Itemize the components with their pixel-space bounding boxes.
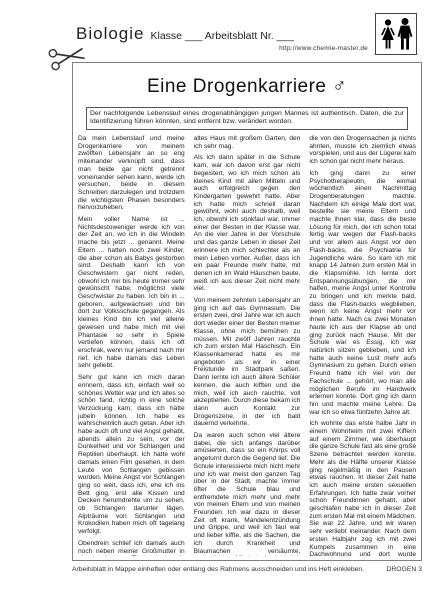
paragraph: Sehr gut kann ich mich daran erinnern, d… (78, 374, 185, 536)
gender-pictogram-box (375, 13, 417, 55)
page-title: Eine Drogenkarriere ♂ (72, 76, 422, 98)
paragraph: Als ich dann später in die Schule kam, w… (194, 154, 301, 293)
paragraph: Da mein Lebenslauf und meine Drogenkarri… (78, 135, 185, 212)
worksheet-page: BiologieKlasse ___ Arbeitsblatt Nr. ___ … (0, 0, 430, 612)
class-and-sheet-blanks: Klasse ___ Arbeitsblatt Nr. ___ (151, 30, 295, 42)
paragraph: Mein voller Name ist ... Nichtsdestoweni… (78, 216, 185, 370)
footer-instruction: Arbeitsblatt in Mappe einheften oder ent… (72, 566, 364, 573)
body-text-columns: Da mein Lebenslauf und meine Drogenkarri… (78, 135, 416, 556)
text-column-2: altes Haus mit großem Garten, den ich se… (194, 135, 301, 556)
intro-box: Der nachfolgende Lebenslauf eines drogen… (86, 107, 408, 130)
paragraph: die von den Drogensachen ja nichts ahnte… (309, 135, 416, 166)
paragraph: Von meinem zehnten Lebensjahr an ging ic… (194, 297, 301, 428)
paragraph: Da waren auch schon viel ältere dabei, d… (194, 432, 301, 556)
woman-man-icon (377, 15, 415, 53)
text-column-1: Da mein Lebenslauf und meine Drogenkarri… (78, 135, 185, 556)
paragraph: Ich ging dann zu einer Psychotherapeutin… (309, 170, 416, 417)
text-column-3: die von den Drogensachen ja nichts ahnte… (309, 135, 416, 556)
footer: Arbeitsblatt in Mappe einheften oder ent… (72, 566, 422, 573)
paragraph: altes Haus mit großem Garten, den ich se… (194, 135, 301, 150)
footer-page-label: DROGEN 3 (386, 566, 422, 573)
header: BiologieKlasse ___ Arbeitsblatt Nr. ___ (76, 24, 294, 44)
paragraph: Obendrein schlief ich damals auch noch n… (78, 540, 185, 556)
website-url: http://www.chemie-master.de (279, 45, 368, 52)
paragraph: Ich wohnte das erste halbe Jahr in einem… (309, 420, 416, 556)
